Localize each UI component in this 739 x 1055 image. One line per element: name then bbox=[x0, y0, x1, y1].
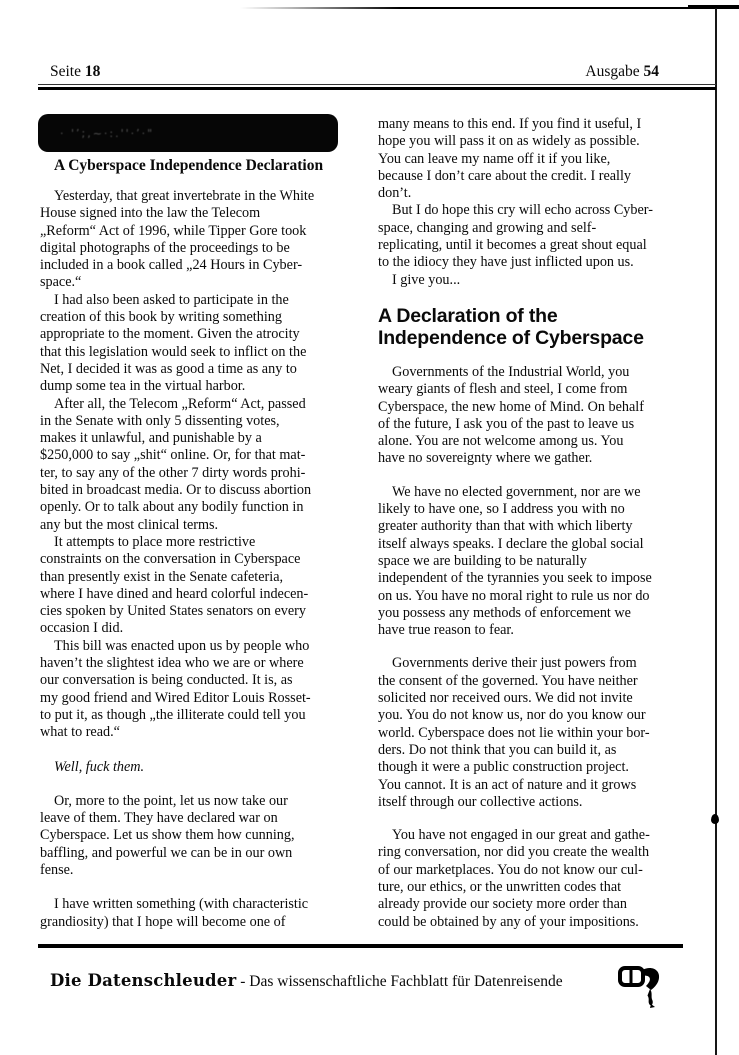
publication-name: Die Datenschleuder bbox=[50, 971, 236, 991]
left-column: A Cyberspace Independence Declaration Ye… bbox=[40, 157, 368, 931]
header-rule-thick bbox=[38, 87, 716, 90]
scan-artifact-top-corner bbox=[688, 5, 739, 9]
footer: Die Datenschleuder - Das wissenschaftlic… bbox=[50, 971, 563, 991]
datenschleuder-stamp-icon bbox=[616, 960, 670, 1014]
paragraph: We have no elected government, nor are w… bbox=[378, 484, 710, 640]
paragraph: After all, the Telecom „Reform“ Act, pas… bbox=[40, 396, 368, 534]
right-column: many means to this end. If you find it u… bbox=[378, 116, 710, 931]
paragraph: many means to this end. If you find it u… bbox=[378, 116, 710, 202]
issue-number-label: Ausgabe bbox=[585, 63, 639, 80]
publication-tagline: - Das wissenschaftliche Fachblatt für Da… bbox=[240, 973, 562, 990]
paragraph: You have not engaged in our great and ga… bbox=[378, 827, 710, 931]
paragraph: I have written something (with character… bbox=[40, 896, 368, 931]
article-title: A Cyberspace Independence Declaration bbox=[54, 157, 368, 175]
scanned-document-page: Seite 18 Ausgabe 54 · '’;,~·:.''·’·" A C… bbox=[0, 0, 739, 1055]
paragraph-emphasis: Well, fuck them. bbox=[40, 759, 368, 776]
scan-artifact-blob bbox=[711, 814, 719, 824]
redacted-banner: · '’;,~·:.''·’·" bbox=[38, 114, 338, 152]
paragraph: I had also been asked to participate in … bbox=[40, 292, 368, 396]
page-number: Seite 18 bbox=[50, 63, 100, 81]
paragraph: But I do hope this cry will echo across … bbox=[378, 202, 710, 271]
redacted-banner-noise-text: · '’;,~·:.''·’·" bbox=[60, 127, 154, 140]
scan-artifact-right-line bbox=[715, 8, 717, 1055]
issue-number: Ausgabe 54 bbox=[585, 63, 659, 81]
scan-artifact-top-line bbox=[240, 7, 739, 9]
footer-rule bbox=[38, 944, 683, 948]
paragraph: It attempts to place more restrictive co… bbox=[40, 534, 368, 638]
paragraph: Or, more to the point, let us now take o… bbox=[40, 793, 368, 879]
paragraph: This bill was enacted upon us by people … bbox=[40, 638, 368, 742]
page-number-label: Seite bbox=[50, 63, 81, 80]
paragraph: Yesterday, that great invertebrate in th… bbox=[40, 188, 368, 292]
paragraph: I give you... bbox=[378, 272, 710, 289]
issue-number-value: 54 bbox=[644, 63, 660, 80]
header-rule-thin bbox=[38, 84, 716, 85]
paragraph: Governments derive their just powers fro… bbox=[378, 655, 710, 811]
declaration-title: A Declaration of the Independence of Cyb… bbox=[378, 305, 710, 349]
paragraph: Governments of the Industrial World, you… bbox=[378, 364, 710, 468]
page-number-value: 18 bbox=[85, 63, 101, 80]
